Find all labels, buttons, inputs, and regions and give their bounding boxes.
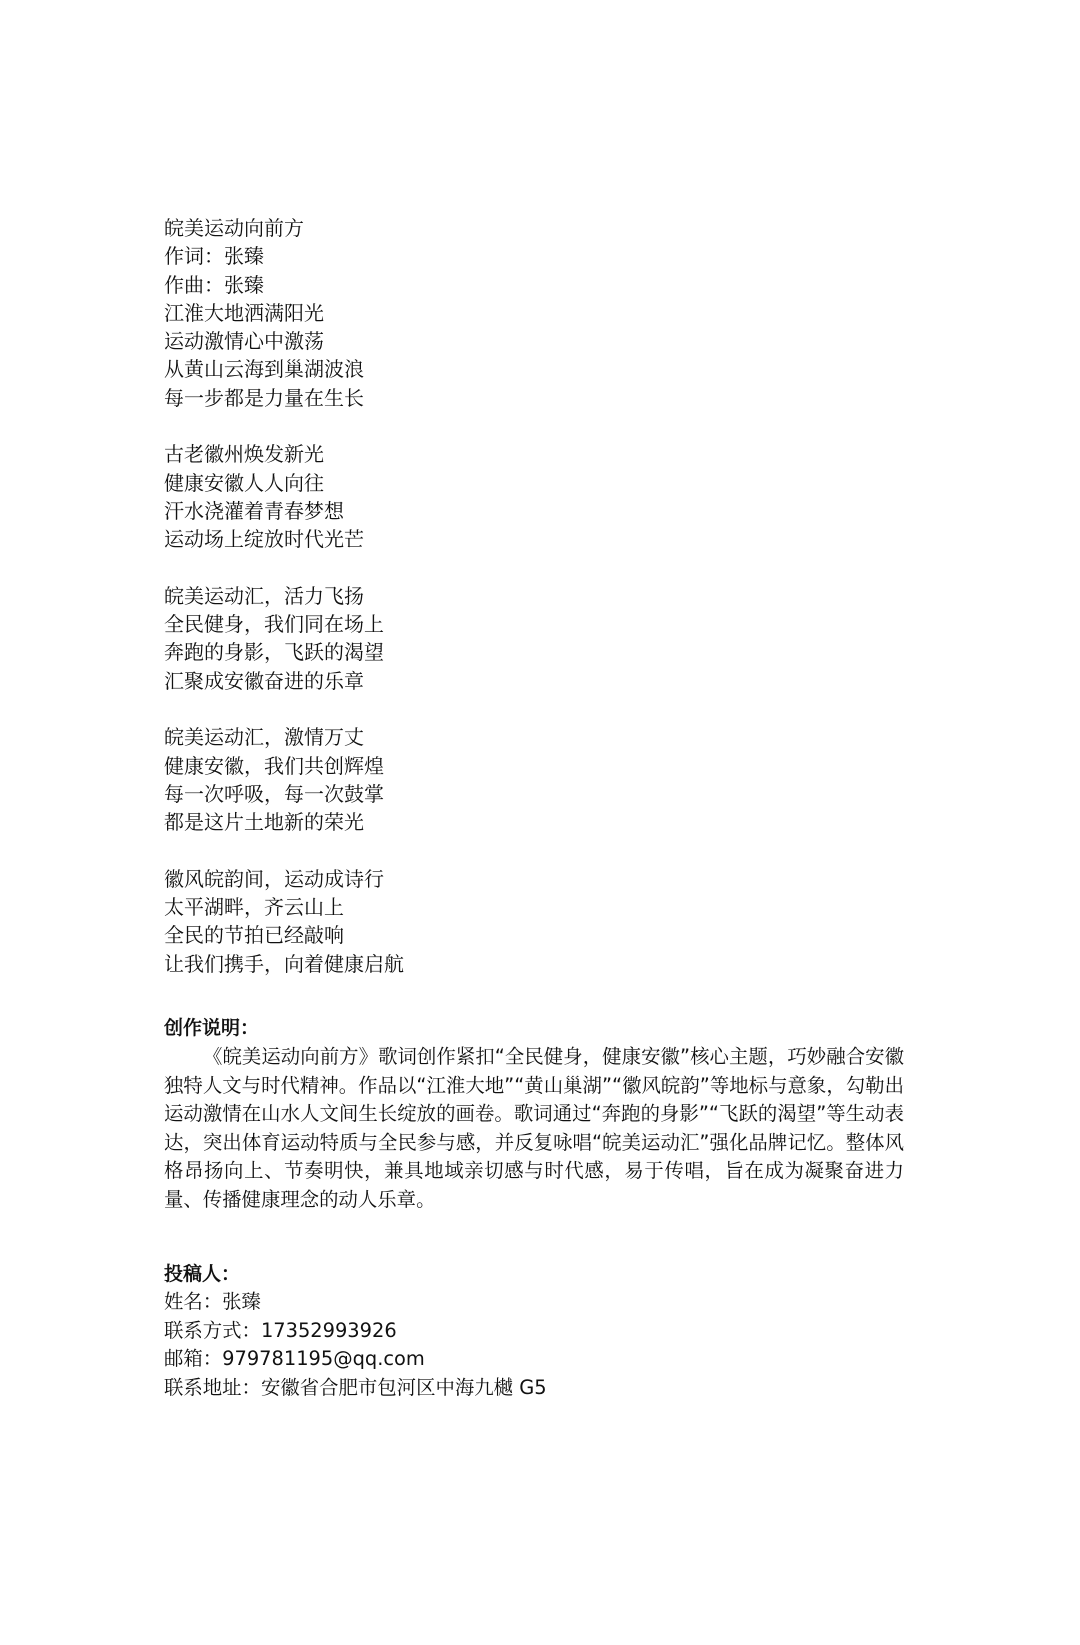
lyric-line: 每一次呼吸，每一次鼓掌 — [164, 780, 924, 808]
lyric-line: 运动激情心中激荡 — [164, 327, 924, 355]
lyric-line: 运动场上绽放时代光芒 — [164, 525, 924, 553]
lyric-line: 让我们携手，向着健康启航 — [164, 950, 924, 978]
lyric-line: 徽风皖韵间，运动成诗行 — [164, 865, 924, 893]
lyric-line: 汇聚成安徽奋进的乐章 — [164, 667, 924, 695]
lyricist-credit: 作词：张臻 — [164, 242, 924, 270]
submitter-address: 联系地址：安徽省合肥市包河区中海九樾 G5 — [164, 1374, 904, 1403]
stanza-5: 徽风皖韵间，运动成诗行 太平湖畔，齐云山上 全民的节拍已经敲响 让我们携手，向着… — [164, 865, 924, 978]
stanza-3: 皖美运动汇，活力飞扬 全民健身，我们同在场上 奔跑的身影，飞跃的渴望 汇聚成安徽… — [164, 582, 924, 695]
song-title: 皖美运动向前方 — [164, 214, 924, 242]
stanza-2: 古老徽州焕发新光 健康安徽人人向往 汗水浇灌着青春梦想 运动场上绽放时代光芒 — [164, 440, 924, 553]
lyric-line: 健康安徽人人向往 — [164, 469, 924, 497]
creation-notes-body: 《皖美运动向前方》歌词创作紧扣“全民健身，健康安徽”核心主题，巧妙融合安徽独特人… — [164, 1043, 904, 1215]
lyrics-section: 皖美运动向前方 作词：张臻 作曲：张臻 江淮大地洒满阳光 运动激情心中激荡 从黄… — [164, 214, 924, 978]
composer-credit: 作曲：张臻 — [164, 271, 924, 299]
stanza-gap — [164, 412, 924, 440]
lyric-line: 健康安徽，我们共创辉煌 — [164, 752, 924, 780]
lyric-line: 皖美运动汇，活力飞扬 — [164, 582, 924, 610]
lyric-line: 每一步都是力量在生长 — [164, 384, 924, 412]
lyric-line: 奔跑的身影，飞跃的渴望 — [164, 638, 924, 666]
stanza-4: 皖美运动汇，激情万丈 健康安徽，我们共创辉煌 每一次呼吸，每一次鼓掌 都是这片土… — [164, 723, 924, 836]
submitter-heading: 投稿人： — [164, 1260, 904, 1288]
stanza-1: 江淮大地洒满阳光 运动激情心中激荡 从黄山云海到巢湖波浪 每一步都是力量在生长 — [164, 299, 924, 412]
submitter-name: 姓名：张臻 — [164, 1288, 904, 1317]
stanza-gap — [164, 695, 924, 723]
lyric-line: 汗水浇灌着青春梦想 — [164, 497, 924, 525]
stanza-gap — [164, 837, 924, 865]
lyric-line: 全民健身，我们同在场上 — [164, 610, 924, 638]
submitter-email: 邮箱：979781195@qq.com — [164, 1345, 904, 1374]
lyric-line: 古老徽州焕发新光 — [164, 440, 924, 468]
creation-notes-section: 创作说明： 《皖美运动向前方》歌词创作紧扣“全民健身，健康安徽”核心主题，巧妙融… — [164, 1013, 904, 1215]
submitter-phone: 联系方式：17352993926 — [164, 1317, 904, 1346]
creation-notes-heading: 创作说明： — [164, 1013, 904, 1043]
lyric-line: 都是这片土地新的荣光 — [164, 808, 924, 836]
lyric-line: 从黄山云海到巢湖波浪 — [164, 355, 924, 383]
lyric-line: 江淮大地洒满阳光 — [164, 299, 924, 327]
document-page: 皖美运动向前方 作词：张臻 作曲：张臻 江淮大地洒满阳光 运动激情心中激荡 从黄… — [0, 0, 1080, 1645]
submitter-section: 投稿人： 姓名：张臻 联系方式：17352993926 邮箱：979781195… — [164, 1260, 904, 1402]
stanza-gap — [164, 554, 924, 582]
lyric-line: 全民的节拍已经敲响 — [164, 921, 924, 949]
lyric-line: 太平湖畔，齐云山上 — [164, 893, 924, 921]
lyric-line: 皖美运动汇，激情万丈 — [164, 723, 924, 751]
